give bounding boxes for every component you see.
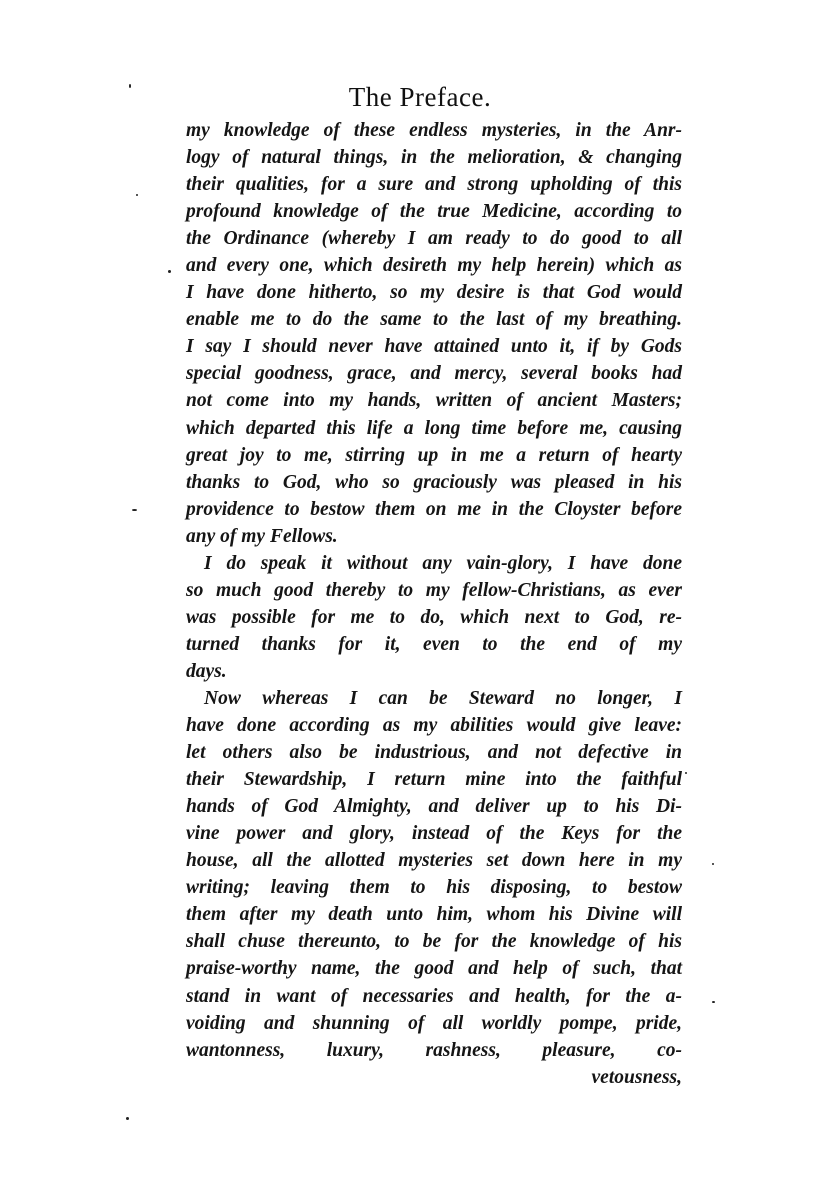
text-line: providence to bestow them on me in the C… — [186, 496, 682, 523]
preface-body-text: my knowledge of these endless mysteries,… — [186, 117, 682, 1091]
text-line: Now whereas I can be Steward no longer, … — [186, 685, 682, 712]
text-line: so much good thereby to my fellow-Christ… — [186, 577, 682, 604]
text-line: thanks to God, who so graciously was ple… — [186, 469, 682, 496]
scan-speck — [685, 772, 687, 774]
text-line: days. — [186, 658, 682, 685]
scanned-page: The Preface. my knowledge of these endle… — [0, 0, 840, 1191]
text-line: any of my Fellows. — [186, 523, 682, 550]
text-line: not come into my hands, written of ancie… — [186, 387, 682, 414]
text-line: enable me to do the same to the last of … — [186, 306, 682, 333]
text-line: voiding and shunning of all worldly pomp… — [186, 1010, 682, 1037]
text-line: let others also be industrious, and not … — [186, 739, 682, 766]
text-line: turned thanks for it, even to the end of… — [186, 631, 682, 658]
text-line: vetousness, — [186, 1064, 682, 1091]
text-line: stand in want of necessaries and health,… — [186, 983, 682, 1010]
scan-speck — [136, 194, 138, 196]
text-line: profound knowledge of the true Medicine,… — [186, 198, 682, 225]
text-line: the Ordinance (whereby I am ready to do … — [186, 225, 682, 252]
text-line: wantonness, luxury, rashness, pleasure, … — [186, 1037, 682, 1064]
scan-speck — [712, 1001, 715, 1003]
scan-speck — [132, 509, 137, 511]
text-line: writing; leaving them to his disposing, … — [186, 874, 682, 901]
scan-speck — [129, 84, 131, 88]
text-line: house, all the allotted mysteries set do… — [186, 847, 682, 874]
text-line: was possible for me to do, which next to… — [186, 604, 682, 631]
text-line: have done according as my abilities woul… — [186, 712, 682, 739]
text-line: logy of natural things, in the meliorati… — [186, 144, 682, 171]
text-line: their qualities, for a sure and strong u… — [186, 171, 682, 198]
text-line: special goodness, grace, and mercy, seve… — [186, 360, 682, 387]
text-line: great joy to me, stirring up in me a ret… — [186, 442, 682, 469]
text-line: vine power and glory, instead of the Key… — [186, 820, 682, 847]
text-line: I say I should never have attained unto … — [186, 333, 682, 360]
text-line: praise-worthy name, the good and help of… — [186, 955, 682, 982]
text-line: and every one, which desireth my help he… — [186, 252, 682, 279]
scan-speck — [712, 863, 714, 865]
text-line: them after my death unto him, whom his D… — [186, 901, 682, 928]
text-line: I have done hitherto, so my desire is th… — [186, 279, 682, 306]
text-line: shall chuse thereunto, to be for the kno… — [186, 928, 682, 955]
scan-speck — [168, 270, 171, 273]
scan-speck — [126, 1117, 129, 1120]
text-line: their Stewardship, I return mine into th… — [186, 766, 682, 793]
text-line: my knowledge of these endless mysteries,… — [186, 117, 682, 144]
running-head: The Preface. — [0, 82, 840, 113]
text-line: hands of God Almighty, and deliver up to… — [186, 793, 682, 820]
text-line: I do speak it without any vain-glory, I … — [186, 550, 682, 577]
text-line: which departed this life a long time bef… — [186, 415, 682, 442]
